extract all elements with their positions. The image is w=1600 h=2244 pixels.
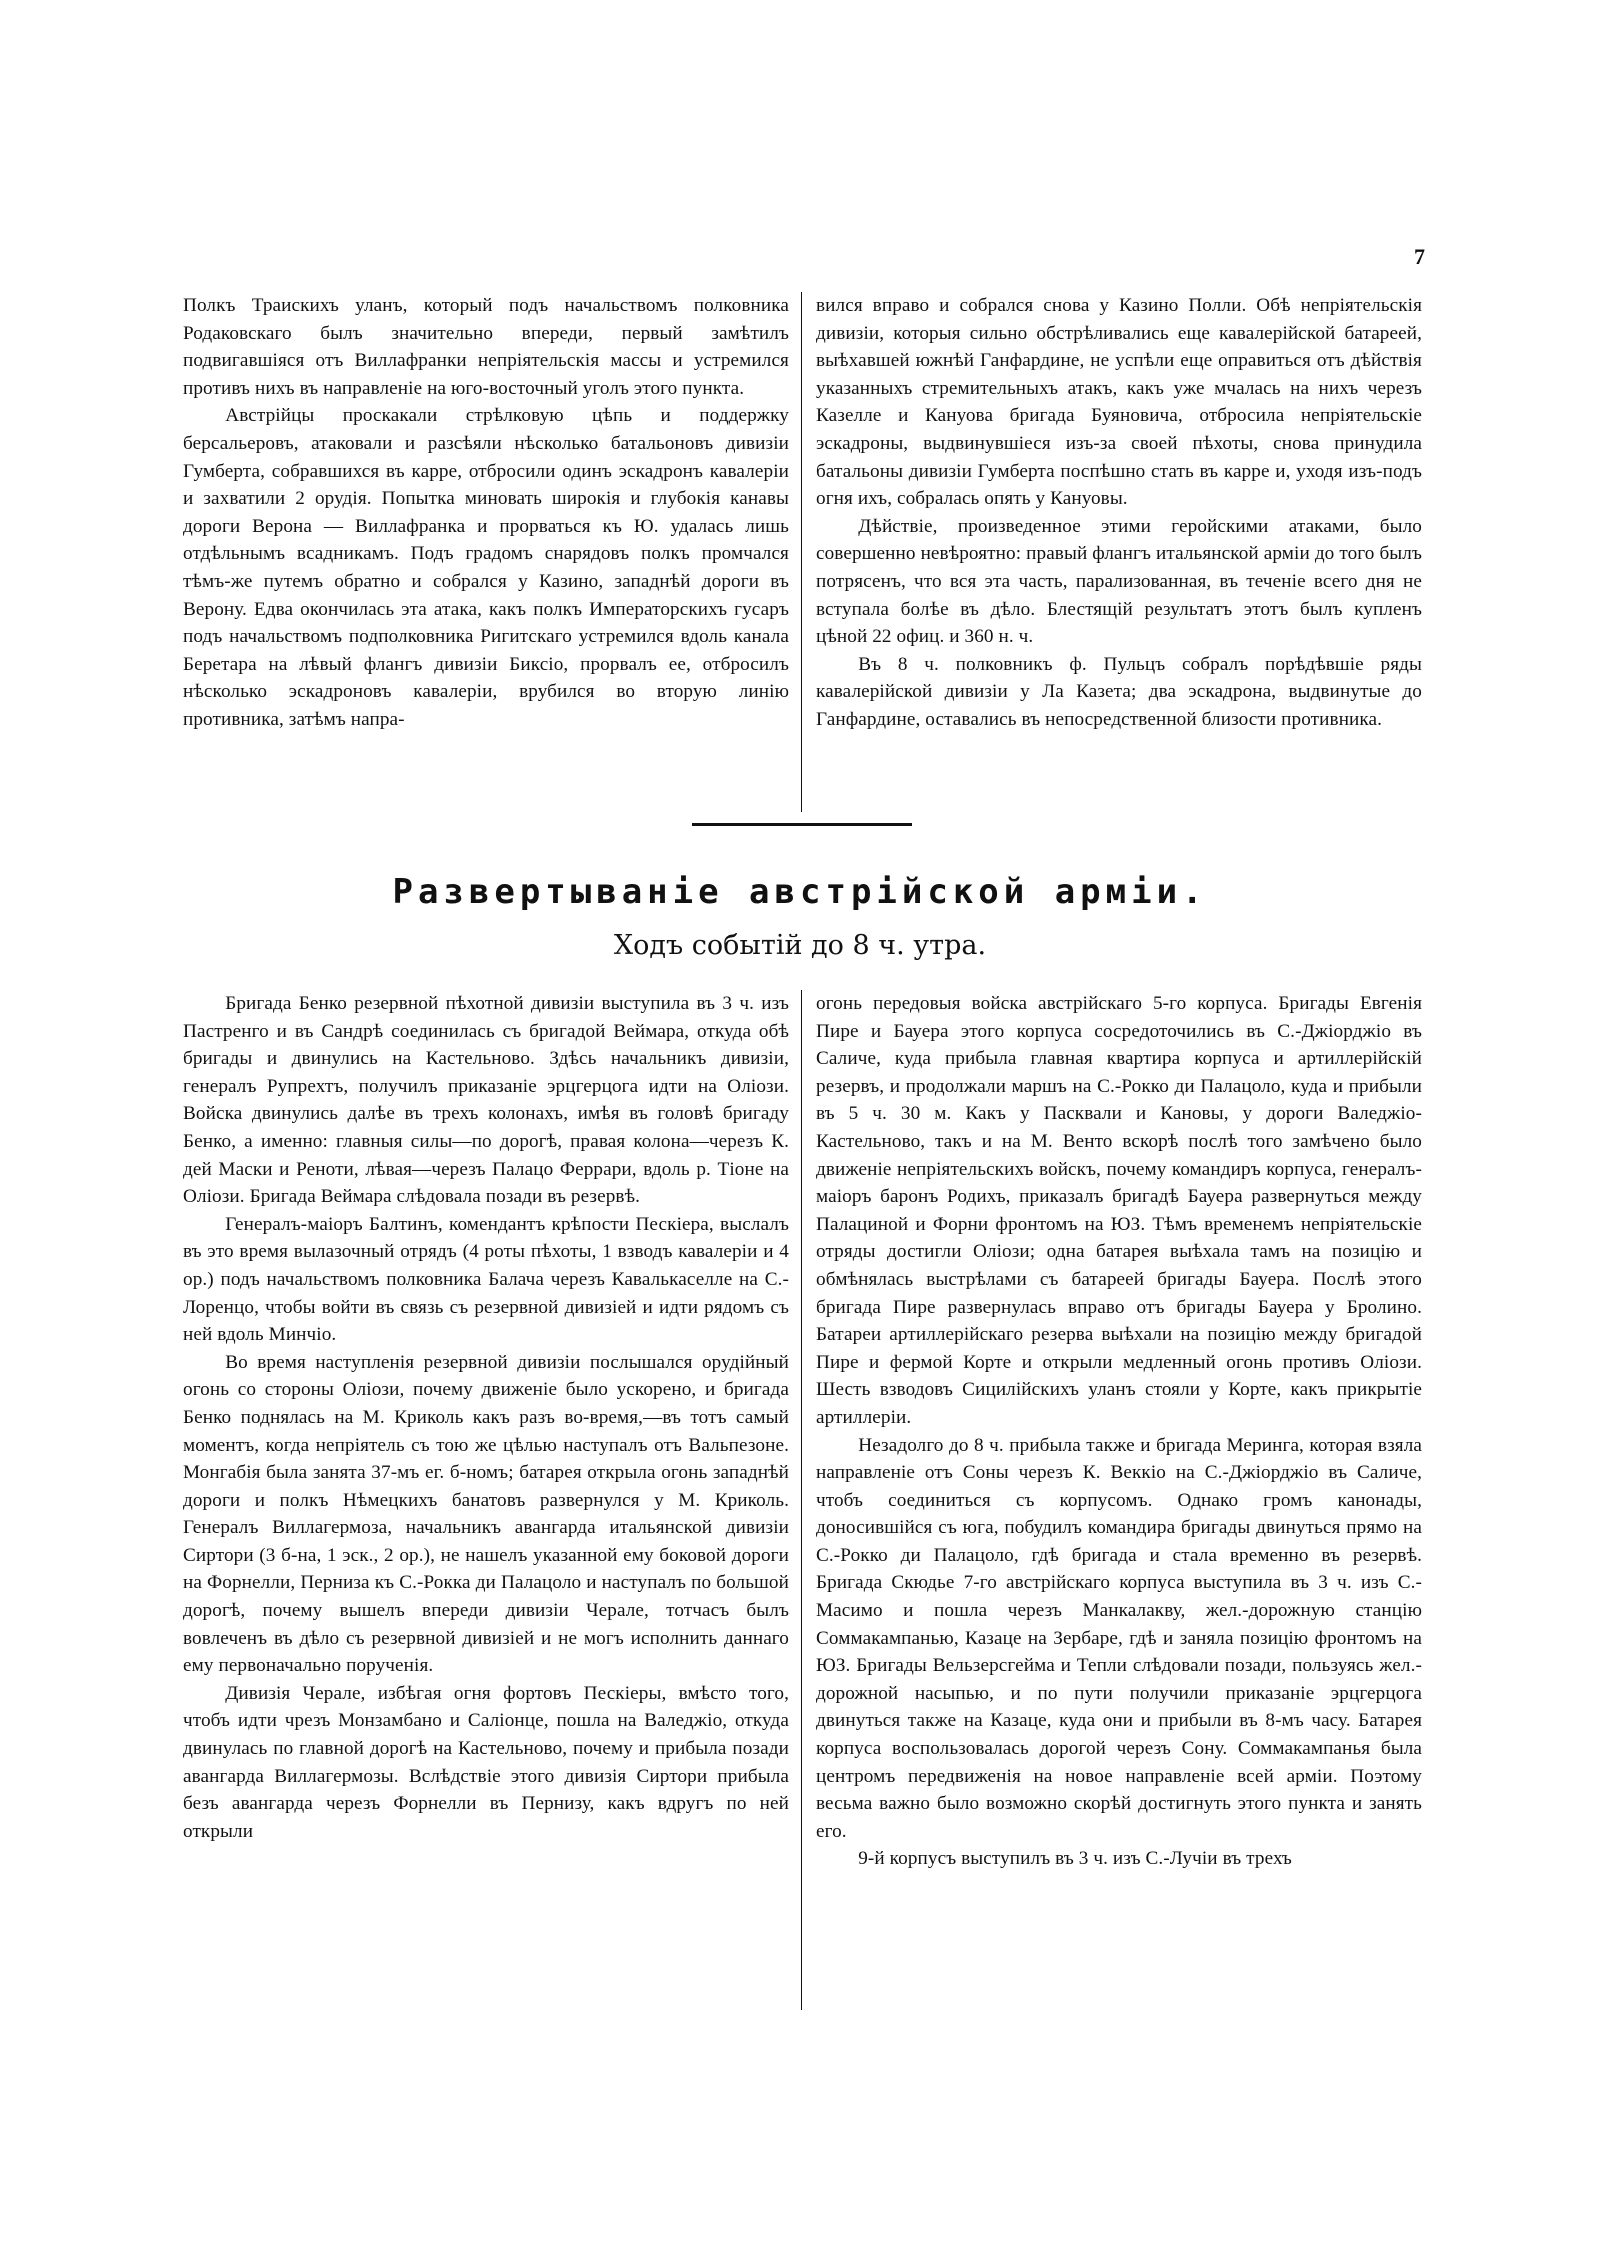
paragraph: Генералъ-маіоръ Балтинъ, комендантъ крѣп… [183,1211,789,1349]
paragraph: Въ 8 ч. полковникъ ф. Пульцъ собралъ пор… [816,651,1422,734]
paragraph: Бригада Бенко резервной пѣхотной дивизіи… [183,990,789,1211]
book-page: 7 Полкъ Траискихъ уланъ, который подъ на… [0,0,1600,2244]
paragraph: Дивизія Черале, избѣгая огня фортовъ Пес… [183,1680,789,1846]
paragraph: Во время наступленія резервной дивизіи п… [183,1349,789,1680]
paragraph: вился вправо и собрался снова у Казино П… [816,292,1422,513]
section-divider [692,823,912,826]
bottom-left-column: Бригада Бенко резервной пѣхотной дивизіи… [183,990,789,2030]
bottom-section: Бригада Бенко резервной пѣхотной дивизіи… [183,990,1423,2030]
paragraph: Австрійцы проскакали стрѣлковую цѣпь и п… [183,402,789,733]
bottom-right-column: огонь передовыя войска австрійскаго 5-го… [816,990,1422,2030]
column-separator [801,990,802,2010]
column-separator [801,292,802,812]
paragraph: Полкъ Траискихъ уланъ, который подъ нача… [183,292,789,402]
paragraph: огонь передовыя войска австрійскаго 5-го… [816,990,1422,1432]
top-section: Полкъ Траискихъ уланъ, который подъ нача… [183,292,1423,822]
page-number: 7 [1414,244,1425,270]
paragraph: Незадолго до 8 ч. прибыла также и бригад… [816,1432,1422,1846]
top-right-column: вился вправо и собрался снова у Казино П… [816,292,1422,822]
top-left-column: Полкъ Траискихъ уланъ, который подъ нача… [183,292,789,822]
paragraph: Дѣйствіе, произведенное этими геройскими… [816,513,1422,651]
section-title: Развертываніе австрійской арміи. [0,872,1600,912]
section-subtitle: Ходъ событій до 8 ч. утра. [0,930,1600,961]
paragraph: 9-й корпусъ выступилъ въ 3 ч. изъ С.-Луч… [816,1845,1422,1873]
